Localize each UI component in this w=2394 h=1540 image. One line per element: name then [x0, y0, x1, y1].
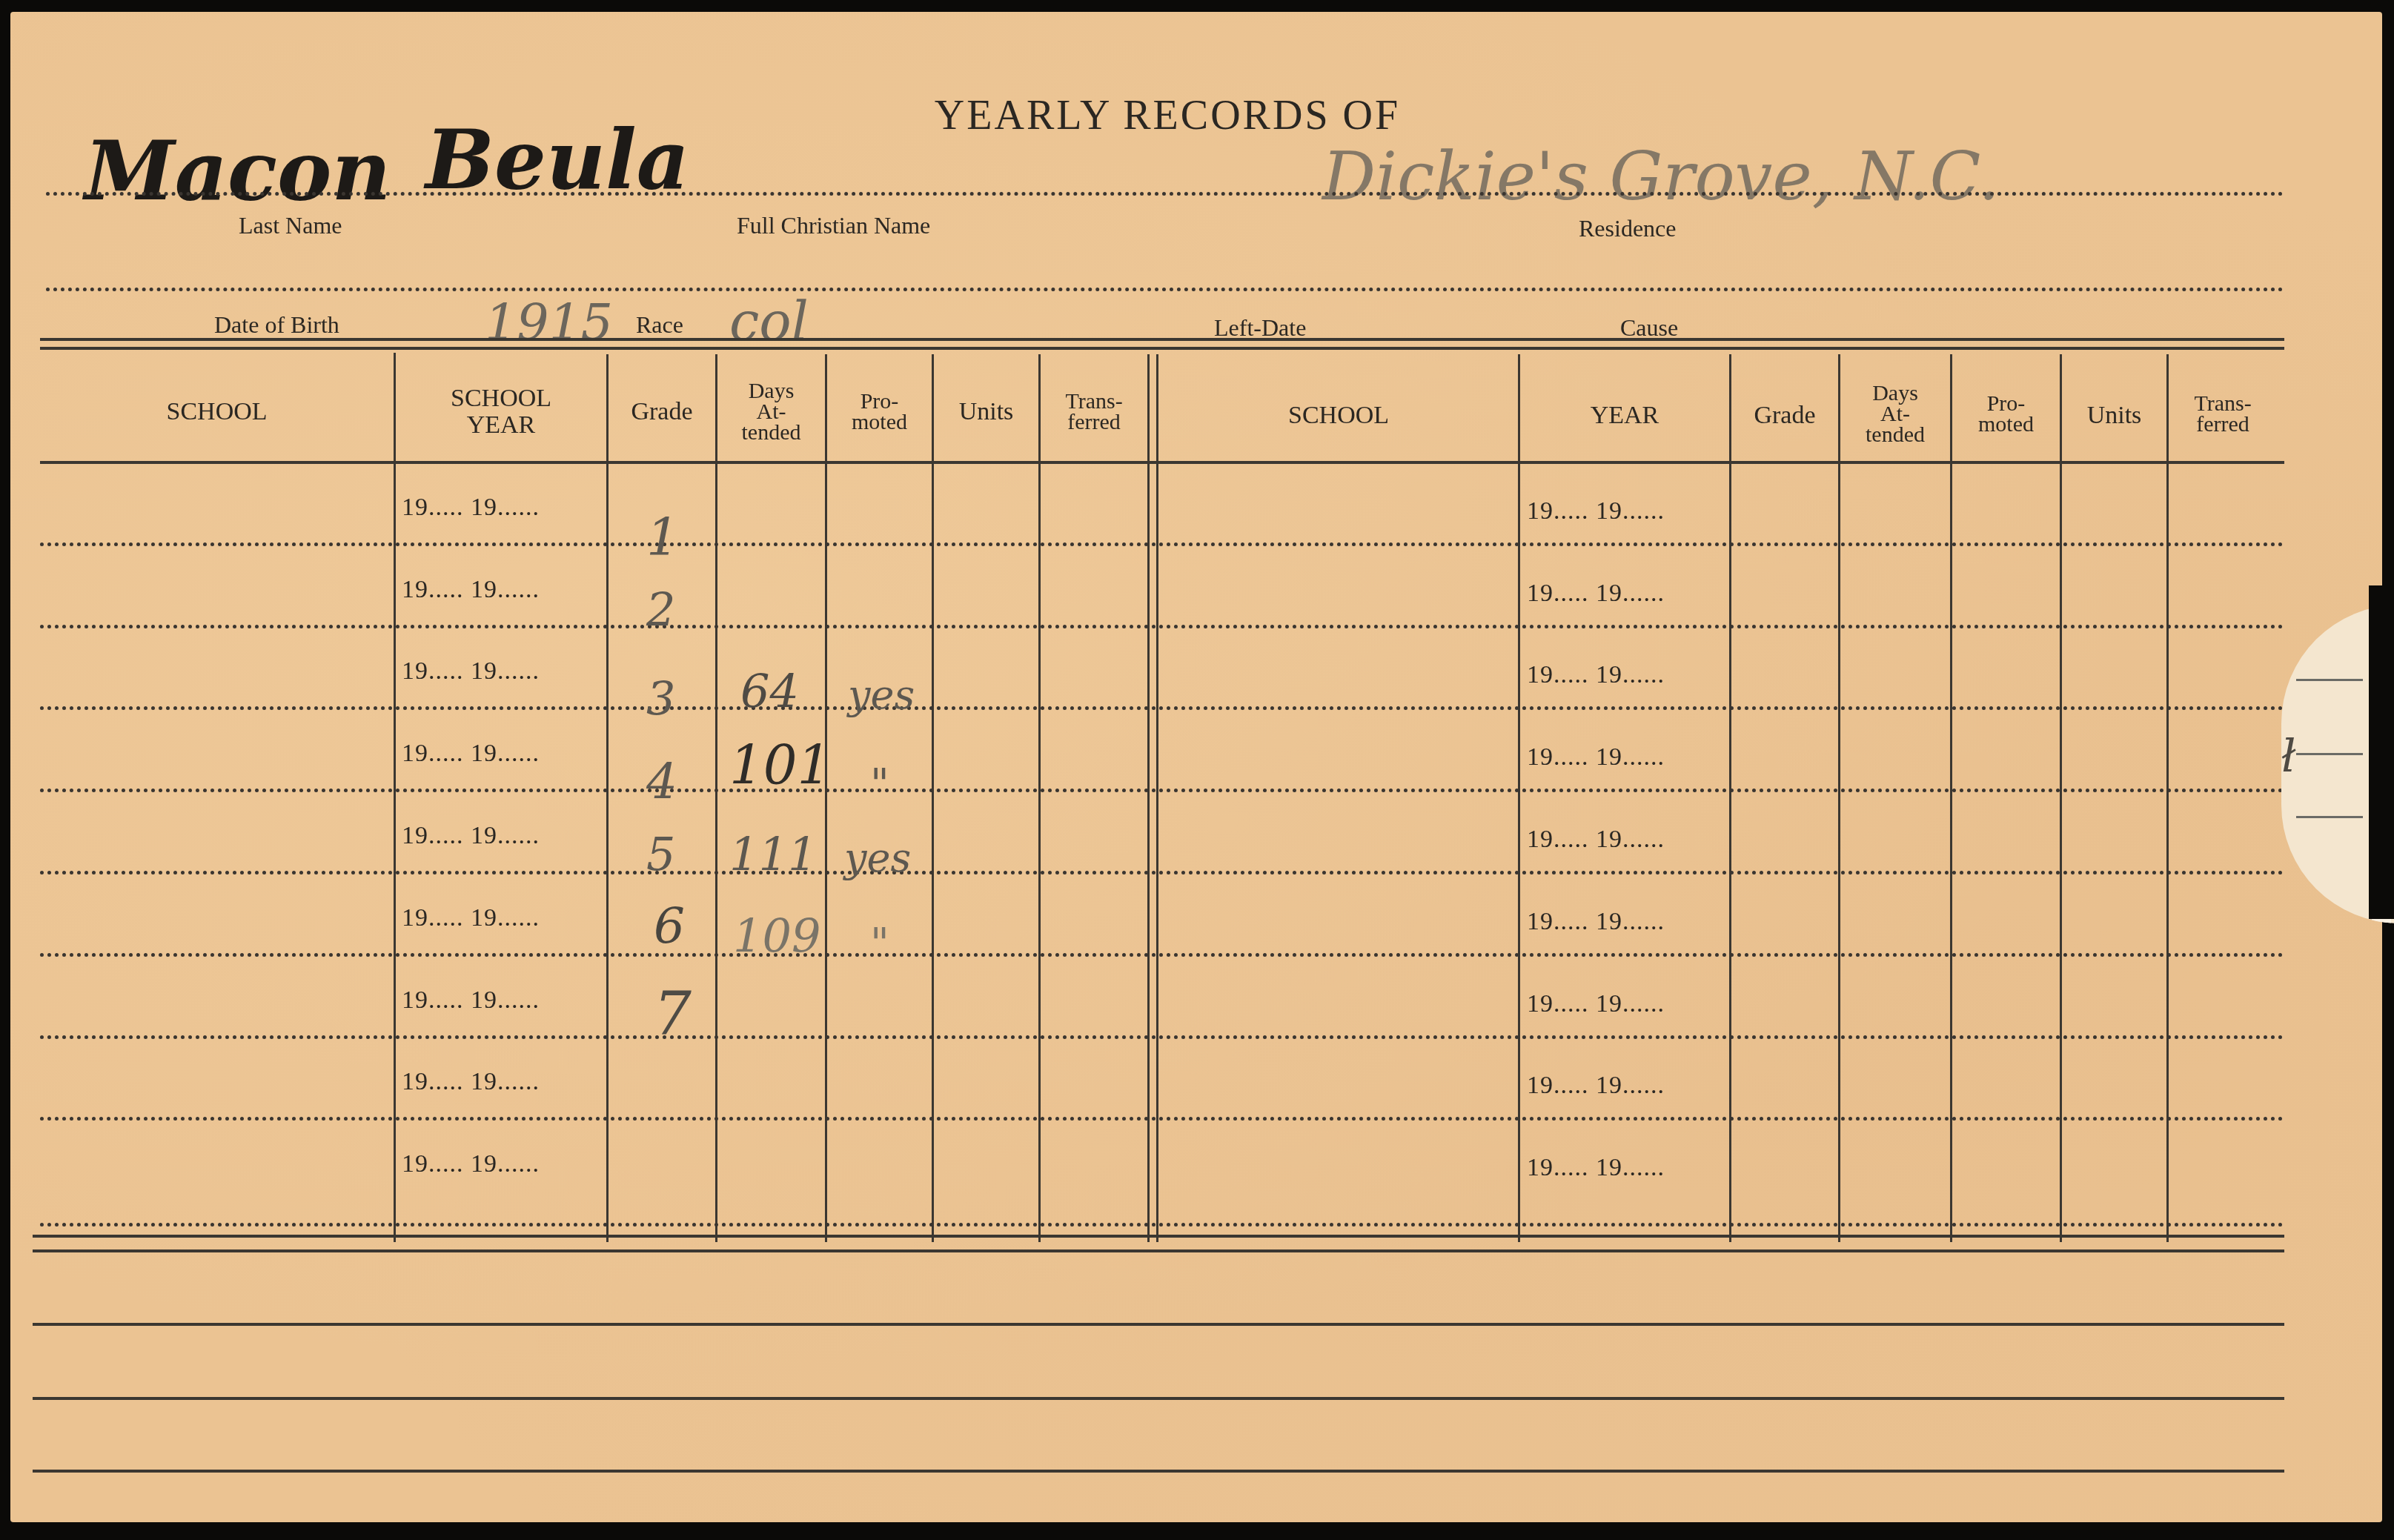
year-cell-right[interactable]: 19..... 19......	[1527, 580, 1665, 608]
header-school-year: SCHOOL YEAR	[396, 364, 606, 460]
col-divider	[1838, 354, 1840, 1242]
col-divider	[1038, 354, 1041, 1242]
header-school-right: SCHOOL	[1159, 364, 1518, 468]
last-name-label: Last Name	[239, 212, 342, 239]
header-promoted-line1: Pro-	[861, 391, 899, 412]
col-divider	[1518, 354, 1520, 1242]
school-year-cell[interactable]: 19..... 19......	[402, 1068, 540, 1096]
residence-value[interactable]: Dickie's Grove, N.C.	[1322, 138, 2000, 216]
double-divider-b	[1156, 354, 1158, 1242]
header-transferred-line2: ferred	[1067, 412, 1121, 433]
school-year-cell[interactable]: 19..... 19......	[402, 1150, 540, 1178]
header-days-line3: tended	[1866, 425, 1925, 445]
race-label: Race	[636, 311, 683, 339]
header-units: Units	[934, 360, 1038, 464]
underlying-card-mark: ł	[2281, 731, 2295, 783]
year-cell-right[interactable]: 19..... 19......	[1527, 826, 1665, 854]
col-divider	[825, 354, 827, 1242]
header-transferred-line1: Trans-	[2194, 394, 2251, 414]
header-days-line1: Days	[1872, 383, 1918, 404]
header-promoted-line2: moted	[1978, 414, 2034, 435]
name-line	[46, 192, 2284, 196]
promoted-cell[interactable]: yes	[848, 671, 915, 718]
year-cell-right[interactable]: 19..... 19......	[1527, 1154, 1665, 1182]
col-divider	[394, 353, 396, 1242]
school-year-cell[interactable]: 19..... 19......	[402, 576, 540, 604]
days-attended-cell[interactable]: 109	[733, 909, 820, 963]
row-separator	[40, 1117, 2284, 1121]
header-year-right: YEAR	[1520, 364, 1729, 468]
header-rule	[40, 461, 2284, 464]
days-attended-cell[interactable]: 64	[740, 664, 799, 718]
header-days-attended-right: Days At- tended	[1840, 366, 1950, 462]
row-separator	[40, 542, 2284, 546]
header-days-line1: Days	[749, 381, 795, 402]
header-school: SCHOOL	[40, 360, 394, 464]
header-promoted-line1: Pro-	[1987, 394, 2026, 414]
header-grade: Grade	[609, 360, 715, 464]
row-separator	[40, 1035, 2284, 1039]
grade-cell[interactable]: 2	[646, 583, 675, 637]
remarks-line	[33, 1470, 2284, 1473]
header-transferred-line1: Trans-	[1065, 391, 1122, 412]
row-separator	[40, 1223, 2284, 1227]
school-year-cell[interactable]: 19..... 19......	[402, 740, 540, 768]
promoted-cell[interactable]: "	[870, 920, 889, 968]
bottom-rule-2	[33, 1249, 2284, 1252]
grade-cell[interactable]: 1	[646, 507, 680, 568]
grade-cell[interactable]: 3	[646, 671, 675, 726]
header-units-right: Units	[2062, 364, 2166, 468]
remarks-line	[33, 1397, 2284, 1400]
school-year-cell[interactable]: 19..... 19......	[402, 657, 540, 686]
underlying-card-line	[2296, 816, 2363, 818]
grade-cell[interactable]: 5	[646, 827, 675, 881]
grade-cell[interactable]: 4	[646, 753, 677, 810]
last-name-value[interactable]: Macon	[84, 123, 391, 219]
col-divider	[1729, 354, 1731, 1242]
row-separator	[40, 789, 2284, 792]
header-school-year-line2: YEAR	[467, 412, 536, 439]
col-divider	[1950, 354, 1952, 1242]
row-separator	[40, 625, 2284, 628]
underlying-card-line	[2296, 753, 2363, 755]
header-transferred-right: Trans- ferred	[2169, 366, 2277, 462]
top-rule-1	[40, 338, 2284, 341]
col-divider	[715, 354, 717, 1242]
grade-cell[interactable]: 7	[654, 979, 692, 1048]
remarks-line	[33, 1323, 2284, 1326]
underlying-card-line	[2296, 679, 2363, 681]
header-days-line2: At-	[757, 402, 786, 422]
year-cell-right[interactable]: 19..... 19......	[1527, 743, 1665, 771]
double-divider-a	[1147, 354, 1150, 1242]
header-transferred-line2: ferred	[2196, 414, 2249, 435]
date-of-birth-label: Date of Birth	[214, 311, 339, 339]
row-separator	[40, 706, 2284, 710]
days-attended-cell[interactable]: 101	[729, 734, 831, 797]
residence-label: Residence	[1579, 215, 1677, 242]
col-divider	[2060, 354, 2062, 1242]
header-grade-right: Grade	[1731, 364, 1838, 468]
year-cell-right[interactable]: 19..... 19......	[1527, 990, 1665, 1018]
date-of-birth-value[interactable]: 1915	[485, 293, 613, 352]
record-card: YEARLY RECORDS OF Macon Beula Dickie's G…	[10, 12, 2382, 1522]
header-promoted-right: Pro- moted	[1952, 366, 2060, 462]
header-promoted: Pro- moted	[827, 364, 932, 460]
school-year-cell[interactable]: 19..... 19......	[402, 822, 540, 850]
promoted-cell[interactable]: yes	[844, 834, 911, 881]
promoted-cell[interactable]: "	[870, 760, 889, 809]
school-year-cell[interactable]: 19..... 19......	[402, 904, 540, 932]
col-divider	[606, 354, 609, 1242]
scan-background	[2369, 585, 2394, 919]
year-cell-right[interactable]: 19..... 19......	[1527, 1072, 1665, 1100]
col-divider	[932, 354, 934, 1242]
grade-cell[interactable]: 6	[654, 897, 685, 955]
year-cell-right[interactable]: 19..... 19......	[1527, 908, 1665, 936]
top-rule-2	[40, 347, 2284, 350]
header-school-year-line1: SCHOOL	[451, 385, 551, 412]
header-promoted-line2: moted	[852, 412, 907, 433]
header-days-line3: tended	[742, 422, 801, 443]
race-value[interactable]: col	[729, 291, 809, 353]
dob-line	[46, 288, 2284, 291]
school-year-cell[interactable]: 19..... 19......	[402, 494, 540, 522]
row-separator	[40, 871, 2284, 874]
header-transferred: Trans- ferred	[1041, 364, 1147, 460]
header-days-attended: Days At- tended	[717, 364, 825, 460]
year-cell-right[interactable]: 19..... 19......	[1527, 497, 1665, 525]
year-cell-right[interactable]: 19..... 19......	[1527, 661, 1665, 689]
bottom-rule-1	[33, 1235, 2284, 1238]
school-year-cell[interactable]: 19..... 19......	[402, 986, 540, 1015]
days-attended-cell[interactable]: 111	[729, 827, 817, 881]
form-title: YEARLY RECORDS OF	[908, 92, 1427, 139]
col-divider	[2166, 354, 2169, 1242]
full-christian-name-label: Full Christian Name	[737, 212, 930, 239]
header-days-line2: At-	[1880, 404, 1910, 425]
row-separator	[40, 953, 2284, 957]
